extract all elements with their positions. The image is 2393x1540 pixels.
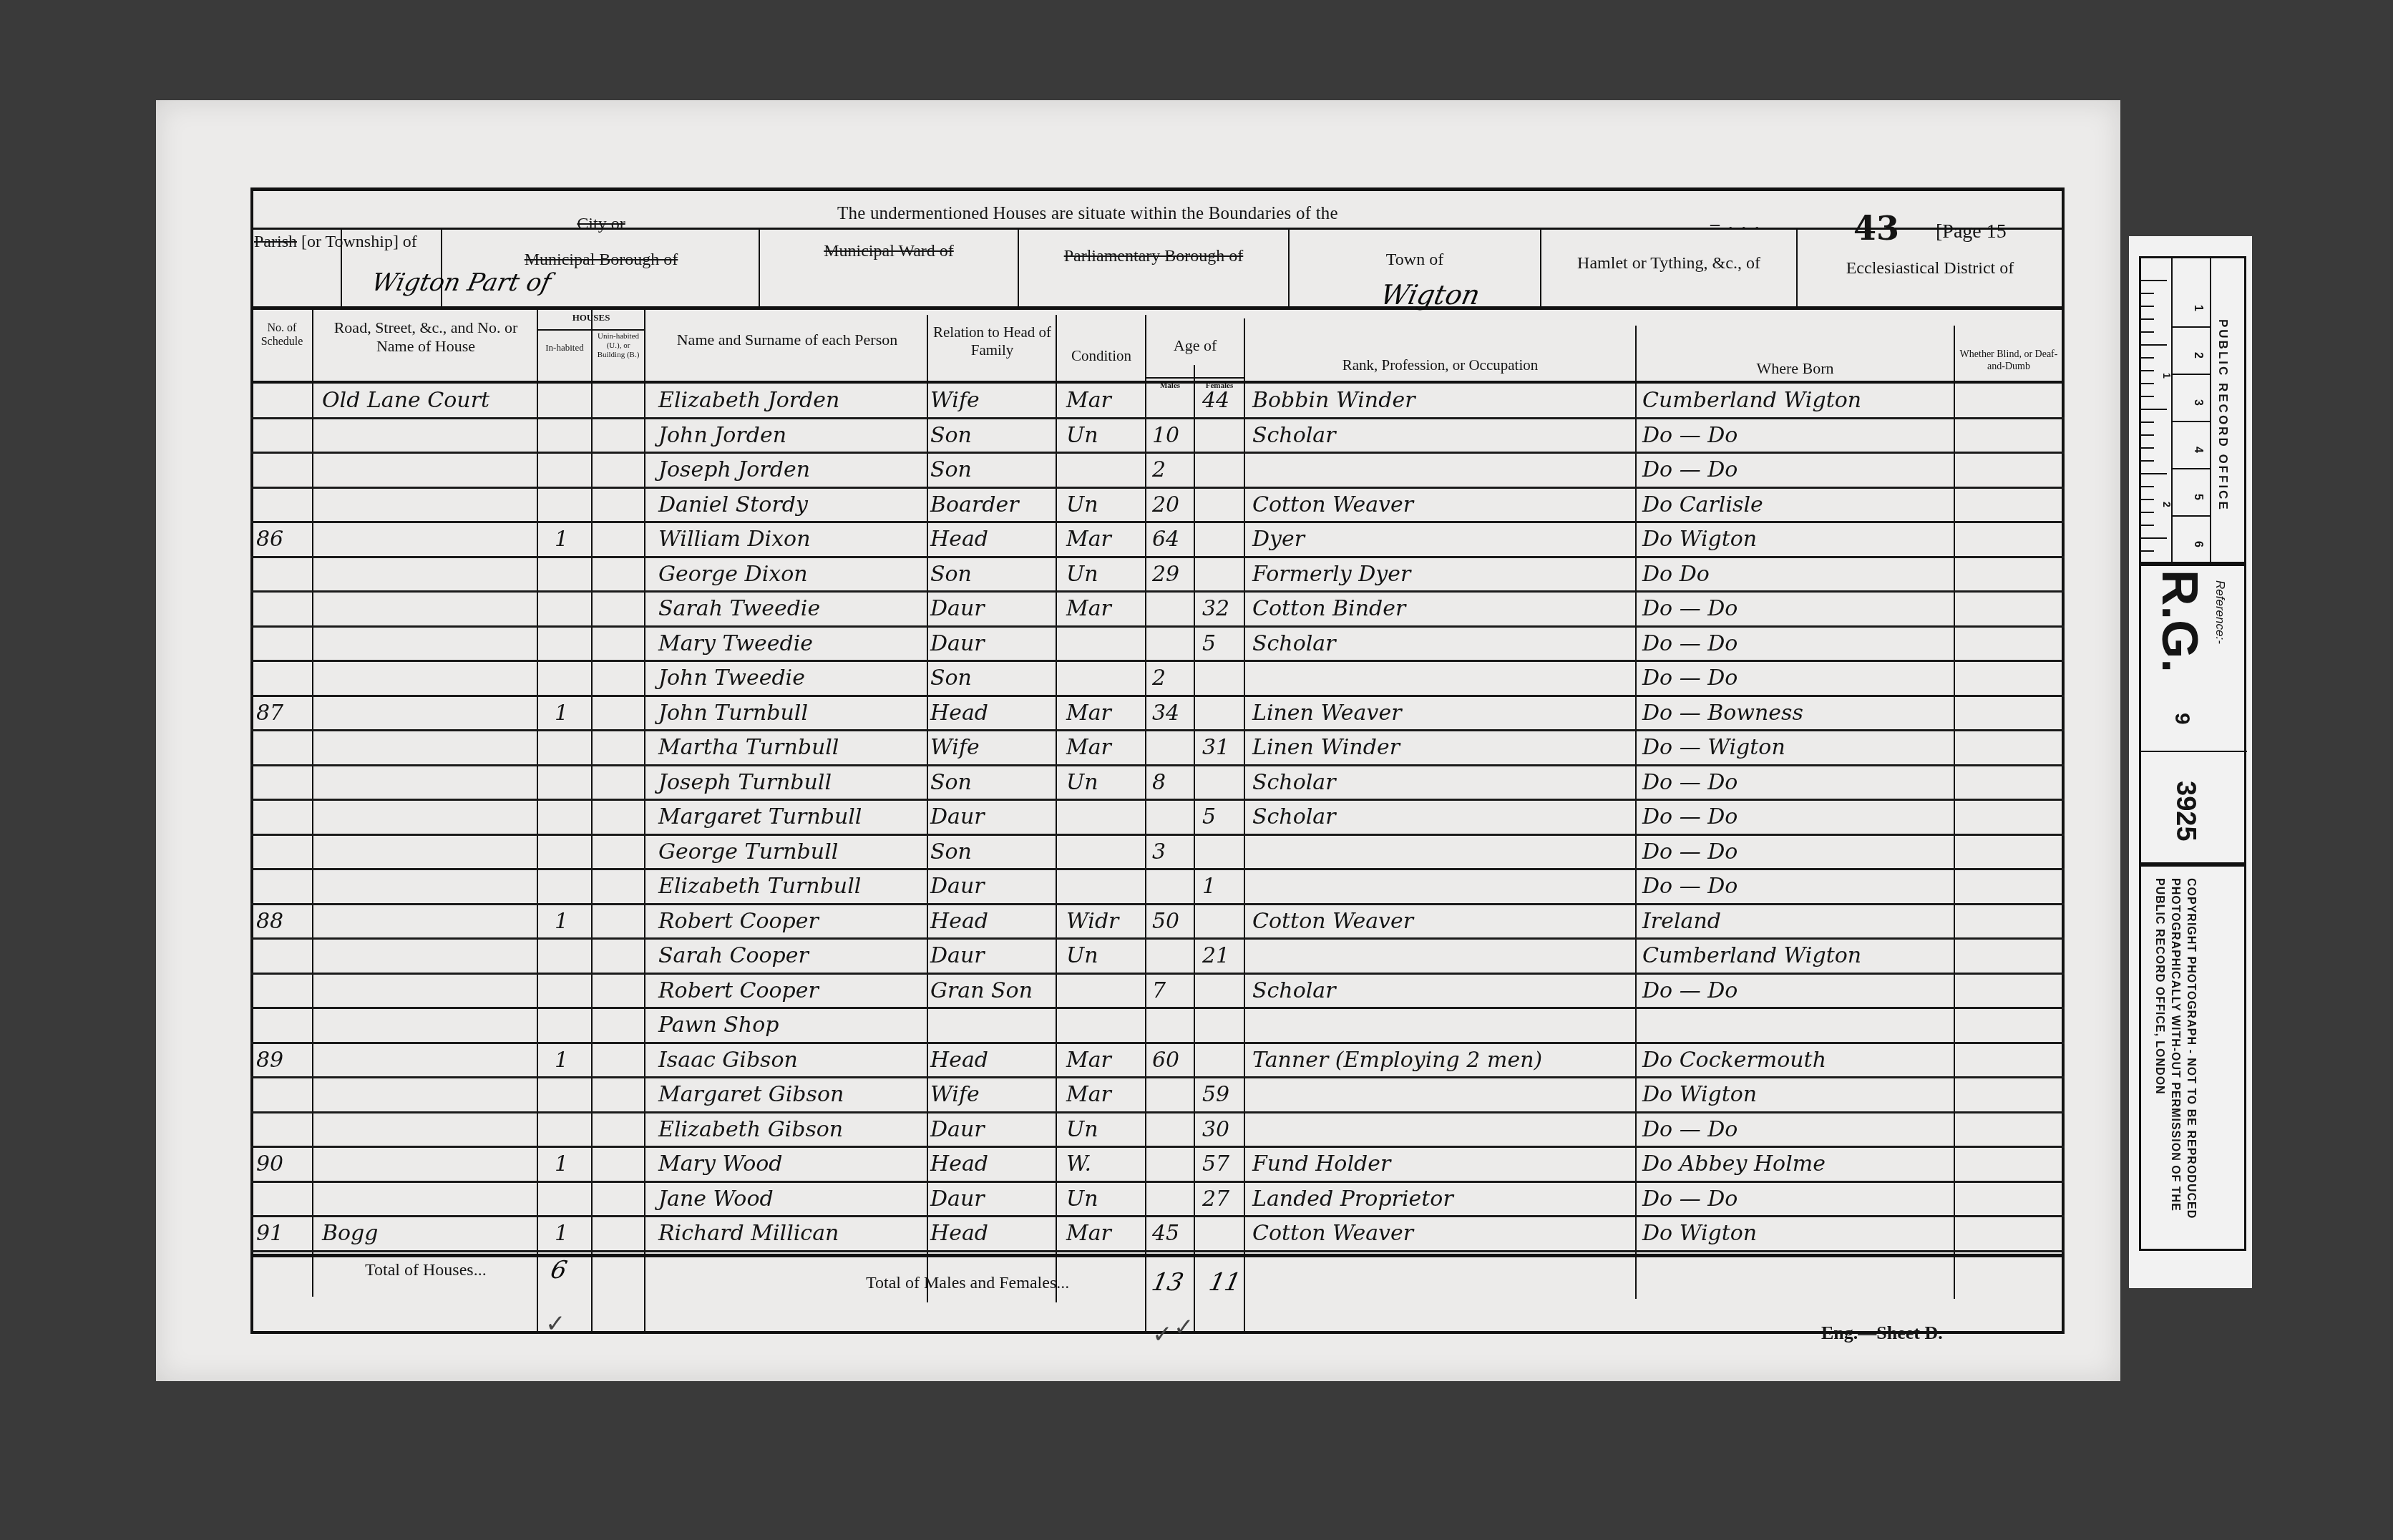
hamlet-label: Hamlet or Tything, &c., of xyxy=(1541,254,1796,274)
cell-female: 44 xyxy=(1202,385,1229,416)
office-name: PUBLIC RECORD OFFICE xyxy=(2216,319,2230,512)
cell-born: Do — Do xyxy=(1642,871,1738,902)
cell-occupation: Formerly Dyer xyxy=(1252,559,1410,590)
cell-born: Do — Do xyxy=(1642,420,1738,452)
cell-occupation: Scholar xyxy=(1252,628,1336,660)
cell-born: Do Wigton xyxy=(1642,1079,1757,1111)
col-schedule: No. of Schedule xyxy=(252,322,312,349)
cell-condition: Un xyxy=(1066,420,1098,452)
town-label: Town of xyxy=(1290,250,1540,271)
table-row: Daniel StordyBoarderUn20Cotton WeaverDo … xyxy=(250,488,2065,522)
cell-born: Do — Bowness xyxy=(1642,698,1803,729)
ruler-cm-label: 2 xyxy=(2191,352,2204,359)
cell-occupation: Scholar xyxy=(1252,767,1336,799)
cell-name: Mary Wood xyxy=(658,1149,783,1180)
cell-born: Cumberland Wigton xyxy=(1642,385,1861,416)
cell-name: Mary Tweedie xyxy=(658,628,813,660)
rule xyxy=(537,329,644,331)
cell-condition: Mar xyxy=(1066,1218,1111,1249)
table-row: Martha TurnbullWifeMar31Linen WinderDo —… xyxy=(250,731,2065,765)
cell-name: Isaac Gibson xyxy=(658,1045,798,1076)
cell-name: Richard Millican xyxy=(658,1218,839,1249)
cell-born: Do — Do xyxy=(1642,801,1738,833)
total-houses-label: Total of Houses... xyxy=(365,1261,487,1280)
cell-relation: Daur xyxy=(930,593,985,625)
cell-relation: Wife xyxy=(930,732,980,764)
cell-name: John Jorden xyxy=(658,420,786,452)
ruler-tick xyxy=(2141,486,2154,487)
rule xyxy=(250,1254,2065,1257)
cell-condition: W. xyxy=(1066,1149,1091,1180)
cell-schedule: 88 xyxy=(256,906,283,937)
cell-occupation: Linen Weaver xyxy=(1252,698,1402,729)
cell-name: Elizabeth Turnbull xyxy=(658,871,861,902)
table-row: George DixonSonUn29Formerly DyerDo Do xyxy=(250,557,2065,592)
city-label: City or xyxy=(444,215,759,235)
cell-male: 45 xyxy=(1152,1218,1179,1249)
cell-inhabited: 1 xyxy=(555,1218,568,1249)
ruler-tick xyxy=(2141,280,2167,281)
cell-inhabited: 1 xyxy=(555,1045,568,1076)
ruler-tick xyxy=(2141,306,2154,307)
cell-female: 30 xyxy=(1202,1114,1229,1146)
cell-relation: Daur xyxy=(930,801,985,833)
col-condition: Condition xyxy=(1058,347,1145,365)
col-uninhabited: Unin-habited (U.), or Building (B.) xyxy=(593,332,644,360)
ruler-tick xyxy=(2141,512,2154,513)
cell-born: Cumberland Wigton xyxy=(1642,940,1861,972)
ruler-cm-label: 5 xyxy=(2191,494,2204,500)
rule xyxy=(1018,229,1019,308)
table-row: 871John TurnbullHeadMar34Linen WeaverDo … xyxy=(250,696,2065,731)
table-row: 861William DixonHeadMar64DyerDo Wigton xyxy=(250,522,2065,557)
cell-female: 59 xyxy=(1202,1079,1229,1111)
cell-inhabited: 1 xyxy=(555,906,568,937)
table-row: Robert CooperGran Son7ScholarDo — Do xyxy=(250,974,2065,1008)
cell-relation: Daur xyxy=(930,871,985,902)
cell-female: 32 xyxy=(1202,593,1229,625)
col-where-born: Where Born xyxy=(1637,359,1954,378)
series-code: R.G. xyxy=(2151,570,2208,673)
tick-mark-icon: ✓ xyxy=(545,1310,566,1338)
cell-female: 5 xyxy=(1202,801,1216,833)
copyright-box: COPYRIGHT PHOTOGRAPH - NOT TO BE REPRODU… xyxy=(2139,864,2246,1251)
cell-relation: Head xyxy=(930,1149,988,1180)
cell-born: Do — Do xyxy=(1642,454,1738,486)
cell-schedule: 91 xyxy=(256,1218,283,1249)
cell-condition: Mar xyxy=(1066,732,1111,764)
cell-male: 10 xyxy=(1152,420,1179,452)
cell-born: Do Wigton xyxy=(1642,524,1757,555)
cell-female: 21 xyxy=(1202,940,1229,972)
cell-condition: Mar xyxy=(1066,1045,1111,1076)
parish-label-text: [or Township] of xyxy=(301,233,417,251)
ruler-tick xyxy=(2141,434,2154,436)
table-row: Mary TweedieDaur5ScholarDo — Do xyxy=(250,627,2065,661)
cell-born: Do — Do xyxy=(1642,593,1738,625)
cell-schedule: 90 xyxy=(256,1149,283,1180)
cell-name: Robert Cooper xyxy=(658,906,819,937)
cell-occupation: Cotton Binder xyxy=(1252,593,1405,625)
cell-occupation: Cotton Weaver xyxy=(1252,906,1413,937)
ruler-tick xyxy=(2141,525,2154,526)
reference-label: Reference:- xyxy=(2213,580,2227,644)
ruler-tick xyxy=(2141,331,2154,333)
cell-name: William Dixon xyxy=(658,524,811,555)
table-row: 901Mary WoodHeadW.57Fund HolderDo Abbey … xyxy=(250,1147,2065,1181)
table-row: Margaret GibsonWifeMar59Do Wigton xyxy=(250,1078,2065,1112)
cell-born: Ireland xyxy=(1642,906,1721,937)
ruler-inch-label: 2 xyxy=(2161,502,2173,507)
cell-name: Robert Cooper xyxy=(658,975,819,1007)
rule xyxy=(2210,258,2211,562)
cell-relation: Son xyxy=(930,663,972,694)
ruler-tick xyxy=(2141,318,2154,320)
cell-born: Do — Do xyxy=(1642,663,1738,694)
ruler-tick xyxy=(2141,344,2167,346)
rule xyxy=(2171,468,2210,469)
ruler-tick xyxy=(2141,473,2167,474)
tick-mark-icon: ✓ xyxy=(1174,1313,1194,1342)
table-row: 881Robert CooperHeadWidr50Cotton WeaverI… xyxy=(250,905,2065,939)
cell-name: Daniel Stordy xyxy=(658,489,808,521)
table-row: Sarah TweedieDaurMar32Cotton BinderDo — … xyxy=(250,592,2065,626)
cell-male: 64 xyxy=(1152,524,1179,555)
cell-name: Pawn Shop xyxy=(658,1010,779,1041)
cell-inhabited: 1 xyxy=(555,698,568,729)
rule xyxy=(1145,377,1244,379)
cell-schedule: 86 xyxy=(256,524,283,555)
ruler-tick xyxy=(2141,409,2167,410)
cell-relation: Gran Son xyxy=(930,975,1033,1007)
cell-occupation: Scholar xyxy=(1252,801,1336,833)
cell-condition: Widr xyxy=(1066,906,1118,937)
cell-relation: Head xyxy=(930,1218,988,1249)
cell-occupation: Linen Winder xyxy=(1252,732,1400,764)
reference-box: Reference:- R.G. 9 3925 xyxy=(2139,564,2246,864)
rule xyxy=(2141,751,2247,752)
cell-name: George Turnbull xyxy=(658,837,838,868)
cell-born: Do — Do xyxy=(1642,837,1738,868)
cell-condition: Mar xyxy=(1066,385,1111,416)
cell-born: Do — Wigton xyxy=(1642,732,1785,764)
cell-occupation: Tanner (Employing 2 men) xyxy=(1252,1045,1542,1076)
table-row: Elizabeth GibsonDaurUn30Do — Do xyxy=(250,1113,2065,1147)
cell-female: 57 xyxy=(1202,1149,1229,1180)
table-row: Pawn Shop xyxy=(250,1008,2065,1043)
cell-relation: Daur xyxy=(930,1184,985,1215)
piece-number: 3925 xyxy=(2170,781,2201,842)
cell-condition: Mar xyxy=(1066,593,1111,625)
cell-male: 50 xyxy=(1152,906,1179,937)
cell-name: Margaret Turnbull xyxy=(658,801,862,833)
cell-occupation: Bobbin Winder xyxy=(1252,385,1415,416)
cell-occupation: Landed Proprietor xyxy=(1252,1184,1453,1215)
cell-name: John Tweedie xyxy=(658,663,805,694)
rule xyxy=(759,229,760,308)
ecclesiastical-district-label: Ecclesiastical District of xyxy=(1798,259,2062,279)
table-row: Joseph TurnbullSonUn8ScholarDo — Do xyxy=(250,766,2065,800)
cell-male: 2 xyxy=(1152,454,1166,486)
ruler-tick xyxy=(2141,293,2154,294)
cell-condition: Un xyxy=(1066,767,1098,799)
ruler-cm-label: 4 xyxy=(2191,447,2204,453)
cell-relation: Wife xyxy=(930,1079,980,1111)
cell-relation: Daur xyxy=(930,1114,985,1146)
cell-name: Jane Wood xyxy=(658,1184,774,1215)
cell-male: 34 xyxy=(1152,698,1179,729)
cell-born: Do Do xyxy=(1642,559,1710,590)
copyright-notice: COPYRIGHT PHOTOGRAPH - NOT TO BE REPRODU… xyxy=(2151,878,2198,1236)
cell-name: John Turnbull xyxy=(658,698,808,729)
reference-strip: 12345612 PUBLIC RECORD OFFICE Reference:… xyxy=(2129,236,2252,1288)
cell-name: Margaret Gibson xyxy=(658,1079,844,1111)
cell-condition: Un xyxy=(1066,1114,1098,1146)
table-row: Margaret TurnbullDaur5ScholarDo — Do xyxy=(250,800,2065,834)
cell-name: Joseph Jorden xyxy=(658,454,810,486)
cell-born: Do Carlisle xyxy=(1642,489,1763,521)
col-occupation: Rank, Profession, or Occupation xyxy=(1245,356,1635,374)
cell-schedule: 89 xyxy=(256,1045,283,1076)
ruler-tick xyxy=(2141,460,2154,462)
cell-condition: Un xyxy=(1066,489,1098,521)
rule xyxy=(2171,421,2210,422)
ruler-tick xyxy=(2141,499,2154,500)
cell-relation: Boarder xyxy=(930,489,1019,521)
cell-road: Old Lane Court xyxy=(322,385,489,416)
ruler-cm-label: 6 xyxy=(2191,541,2204,547)
cell-occupation: Dyer xyxy=(1252,524,1305,555)
cell-schedule: 87 xyxy=(256,698,283,729)
cell-relation: Son xyxy=(930,767,972,799)
cell-born: Do — Do xyxy=(1642,975,1738,1007)
table-row: 891Isaac GibsonHeadMar60Tanner (Employin… xyxy=(250,1043,2065,1078)
cell-male: 20 xyxy=(1152,489,1179,521)
town-value: Wigton xyxy=(1378,279,1483,311)
parliamentary-borough-label: Parliamentary Borough of xyxy=(1019,247,1288,267)
cell-male: 8 xyxy=(1152,767,1166,799)
cell-relation: Son xyxy=(930,420,972,452)
ruler-tick xyxy=(2141,370,2154,371)
ruler-cm-label: 3 xyxy=(2191,399,2204,406)
ruler-tick xyxy=(2141,421,2154,423)
cell-male: 60 xyxy=(1152,1045,1179,1076)
piece-prefix: 9 xyxy=(2170,713,2194,725)
cell-name: George Dixon xyxy=(658,559,808,590)
ruler-tick xyxy=(2141,383,2154,384)
total-males-value: 13 xyxy=(1149,1268,1186,1297)
ruler-tick xyxy=(2141,550,2154,552)
col-relation: Relation to Head of Family xyxy=(929,323,1056,359)
col-blind: Whether Blind, or Deaf-and-Dumb xyxy=(1955,349,2062,373)
cell-condition: Un xyxy=(1066,559,1098,590)
table-row: Old Lane CourtElizabeth JordenWifeMar44B… xyxy=(250,384,2065,418)
col-inhabited: In-habited xyxy=(538,342,591,353)
cell-occupation: Fund Holder xyxy=(1252,1149,1390,1180)
rule xyxy=(2171,515,2210,517)
cell-name: Sarah Tweedie xyxy=(658,593,820,625)
cell-road: Bogg xyxy=(322,1218,379,1249)
cell-female: 31 xyxy=(1202,732,1229,764)
cell-name: Elizabeth Jorden xyxy=(658,385,839,416)
municipal-borough-label: Municipal Borough of xyxy=(444,250,759,271)
cell-inhabited: 1 xyxy=(555,524,568,555)
table-row: Elizabeth TurnbullDaur1Do — Do xyxy=(250,869,2065,904)
table-row: John TweedieSon2Do — Do xyxy=(250,661,2065,696)
cell-born: Do — Do xyxy=(1642,1114,1738,1146)
ruler-cm-label: 1 xyxy=(2191,305,2204,311)
cell-occupation: Scholar xyxy=(1252,420,1336,452)
table-row: Joseph JordenSon2Do — Do xyxy=(250,453,2065,487)
cell-born: Do Abbey Holme xyxy=(1642,1149,1826,1180)
cell-relation: Son xyxy=(930,837,972,868)
sheet-footer: Eng.—Sheet D. xyxy=(1821,1322,1943,1344)
cell-relation: Head xyxy=(930,524,988,555)
ruler-inch-label: 1 xyxy=(2161,373,2173,379)
parish-label: Parish [or Township] of xyxy=(254,233,440,253)
cell-name: Sarah Cooper xyxy=(658,940,809,972)
cell-relation: Head xyxy=(930,698,988,729)
cell-relation: Son xyxy=(930,559,972,590)
cell-condition: Un xyxy=(1066,940,1098,972)
municipal-ward-label: Municipal Ward of xyxy=(760,242,1018,262)
col-road: Road, Street, &c., and No. or Name of Ho… xyxy=(315,318,537,356)
cell-condition: Un xyxy=(1066,1184,1098,1215)
cell-name: Elizabeth Gibson xyxy=(658,1114,843,1146)
cell-condition: Mar xyxy=(1066,524,1111,555)
cell-born: Do Wigton xyxy=(1642,1218,1757,1249)
ruler-box: 12345612 PUBLIC RECORD OFFICE xyxy=(2139,256,2246,564)
cell-male: 29 xyxy=(1152,559,1179,590)
parish-value: Wigton Part of xyxy=(369,268,554,297)
ruler-tick xyxy=(2141,447,2154,449)
ruler-tick xyxy=(2141,357,2154,359)
col-name: Name and Surname of each Person xyxy=(648,331,927,349)
col-houses: HOUSES xyxy=(538,312,644,323)
cell-occupation: Cotton Weaver xyxy=(1252,489,1413,521)
cell-inhabited: 1 xyxy=(555,1149,568,1180)
ruler-tick xyxy=(2141,537,2167,539)
cell-female: 5 xyxy=(1202,628,1216,660)
cell-condition: Mar xyxy=(1066,1079,1111,1111)
cell-relation: Daur xyxy=(930,628,985,660)
table-row: George TurnbullSon3Do — Do xyxy=(250,835,2065,869)
cell-female: 1 xyxy=(1202,871,1216,902)
tick-mark-icon: ✓ xyxy=(1152,1320,1173,1349)
rule xyxy=(2171,258,2173,562)
table-row: Jane WoodDaurUn27Landed ProprietorDo — D… xyxy=(250,1182,2065,1217)
cell-born: Do — Do xyxy=(1642,628,1738,660)
rule xyxy=(250,1250,2065,1252)
cell-male: 2 xyxy=(1152,663,1166,694)
cell-relation: Head xyxy=(930,906,988,937)
cell-occupation: Scholar xyxy=(1252,975,1336,1007)
cell-born: Do — Do xyxy=(1642,767,1738,799)
rule xyxy=(250,306,2065,310)
cell-female: 27 xyxy=(1202,1184,1229,1215)
cell-relation: Daur xyxy=(930,940,985,972)
cell-occupation: Cotton Weaver xyxy=(1252,1218,1413,1249)
cell-relation: Head xyxy=(930,1045,988,1076)
cell-name: Joseph Turnbull xyxy=(658,767,832,799)
cell-male: 7 xyxy=(1152,975,1166,1007)
table-row: Sarah CooperDaurUn21Cumberland Wigton xyxy=(250,939,2065,973)
parish-label-struck: Parish xyxy=(254,233,297,251)
table-row: John JordenSonUn10ScholarDo — Do xyxy=(250,419,2065,453)
rule xyxy=(2171,326,2210,328)
cell-born: Do Cockermouth xyxy=(1642,1045,1826,1076)
cell-male: 3 xyxy=(1152,837,1166,868)
cell-relation: Wife xyxy=(930,385,980,416)
total-persons-label: Total of Males and Females... xyxy=(866,1274,1069,1293)
rule xyxy=(2171,374,2210,375)
cell-name: Martha Turnbull xyxy=(658,732,839,764)
cell-relation: Son xyxy=(930,454,972,486)
table-row: 91Bogg1Richard MillicanHeadMar45Cotton W… xyxy=(250,1217,2065,1251)
cell-born: Do — Do xyxy=(1642,1184,1738,1215)
ruler-tick xyxy=(2141,396,2154,397)
col-age: Age of xyxy=(1146,336,1244,355)
total-females-value: 11 xyxy=(1207,1268,1244,1297)
cell-condition: Mar xyxy=(1066,698,1111,729)
